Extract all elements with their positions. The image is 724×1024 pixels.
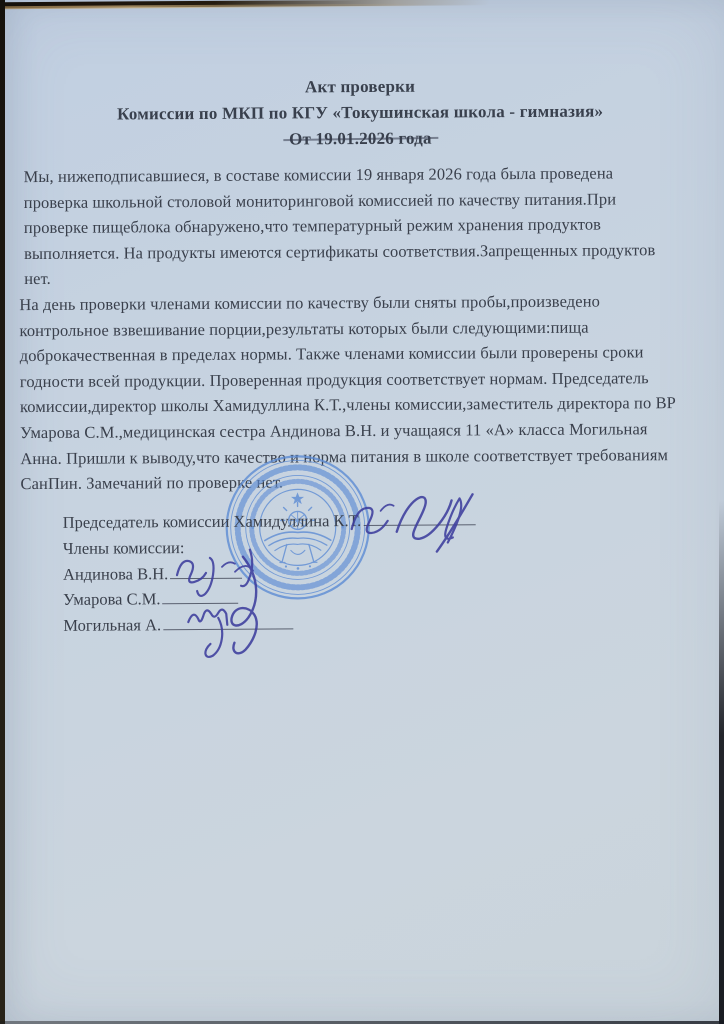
member-signature-line: Умарова С.М. — [63, 585, 476, 613]
chairman-signature-line: Председатель комиссии Хамидуллина К.Т. — [63, 507, 476, 535]
member-signature-underline — [163, 615, 293, 631]
scan-content: Акт проверки Комиссии по МКП по КГУ «Ток… — [0, 0, 724, 1024]
member-signature-underline — [162, 589, 238, 604]
member-signature-line: Андинова В.Н. — [63, 559, 476, 587]
photo-edge-right — [719, 500, 724, 1024]
title-line-commission: Комиссии по МКП по КГУ «Токушинская школ… — [0, 98, 722, 128]
chairman-signature-underline — [363, 510, 475, 526]
member-name-mogilnaya: Могильная А. — [63, 615, 161, 635]
signature-block: Председатель комиссии Хамидуллина К.Т. Ч… — [63, 507, 476, 639]
member-signature-underline — [170, 563, 242, 578]
member-signature-line: Могильная А. — [63, 610, 476, 638]
document-title: Акт проверки Комиссии по МКП по КГУ «Ток… — [0, 72, 722, 154]
photo-edge-left — [0, 0, 5, 1024]
paragraph-intro: Мы, нижеподписавшиеся, в составе комисси… — [23, 160, 672, 292]
member-name-andinova: Андинова В.Н. — [63, 564, 168, 584]
members-label: Члены комиссии: — [63, 533, 476, 561]
paragraph-findings: На день проверки членами комиссии по кач… — [19, 288, 688, 497]
document-page: Акт проверки Комиссии по МКП по КГУ «Ток… — [0, 0, 724, 1024]
chairman-label: Председатель комиссии Хамидуллина К.Т. — [63, 511, 362, 532]
member-name-umarova: Умарова С.М. — [63, 590, 160, 610]
title-line-date: От 19.01.2026 года — [289, 126, 432, 153]
